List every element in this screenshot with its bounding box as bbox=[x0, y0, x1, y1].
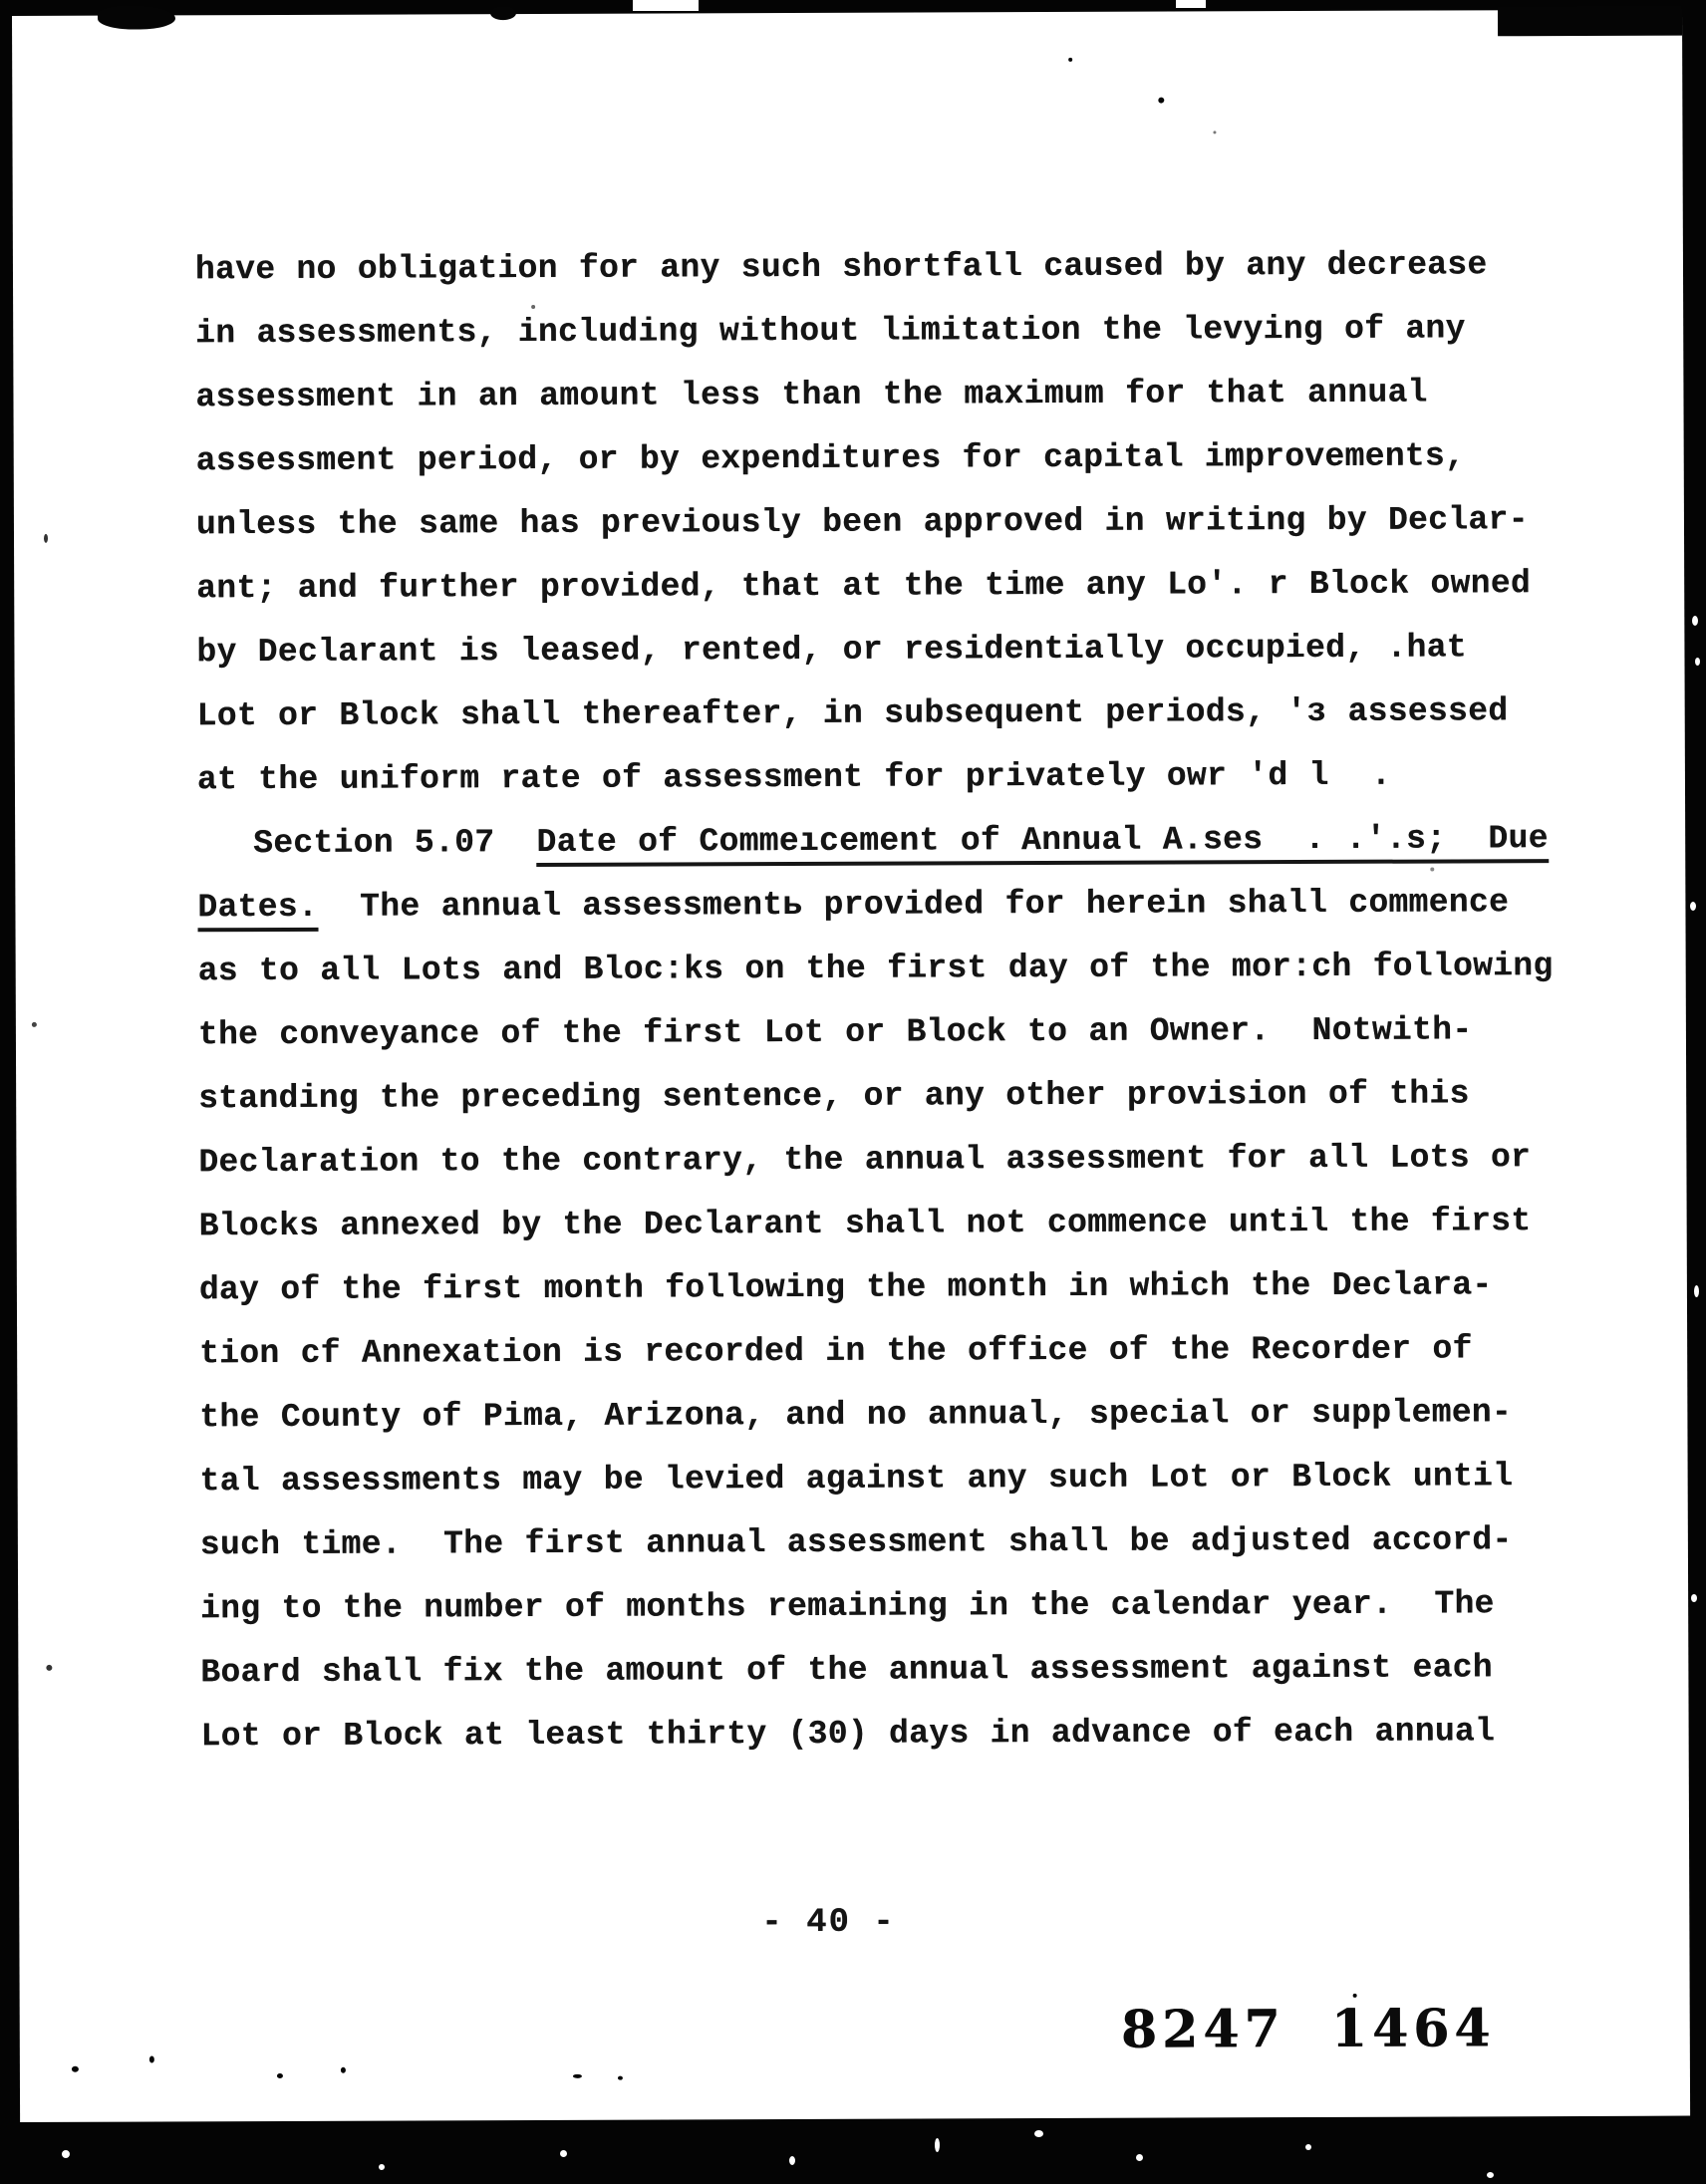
text-line: Board shall fix the amount of the annual… bbox=[200, 1636, 1615, 1705]
scan-speck-white bbox=[1691, 1594, 1697, 1602]
text-segment: assessment period, or by expenditures fo… bbox=[196, 437, 1466, 479]
scan-notch bbox=[633, 0, 699, 11]
scan-speck bbox=[44, 534, 48, 543]
text-line: such time. The first annual assessment s… bbox=[200, 1508, 1615, 1577]
scan-speck-white bbox=[560, 2150, 567, 2157]
text-segment: by Declarant is leased, rented, or resid… bbox=[196, 629, 1467, 671]
text-segment: ing to the number of months remaining in… bbox=[200, 1585, 1495, 1627]
scan-speck bbox=[1158, 98, 1164, 104]
text-segment: at the uniform rate of assessment for pr… bbox=[197, 757, 1391, 799]
scan-speck-white bbox=[379, 2164, 385, 2170]
scan-speck-white bbox=[1692, 616, 1698, 626]
text-line: tal assessments may be levied against an… bbox=[200, 1445, 1615, 1513]
text-segment: The annual assessmentь provided for here… bbox=[318, 884, 1509, 926]
text-segment: unless the same has previously been appr… bbox=[196, 501, 1529, 543]
scan-speck bbox=[618, 2076, 623, 2080]
scan-speck-white bbox=[789, 2156, 795, 2165]
text-line: Blocks annexed by the Declarant shall no… bbox=[199, 1190, 1614, 1258]
scan-speck bbox=[1430, 868, 1434, 872]
text-segment: such time. The first annual assessment s… bbox=[200, 1521, 1513, 1563]
text-segment: ant; and further provided, that at the t… bbox=[196, 565, 1531, 607]
document-text: have no obligation for any such shortfal… bbox=[195, 233, 1616, 1769]
text-segment: Board shall fix the amount of the annual… bbox=[200, 1649, 1493, 1691]
scan-speck bbox=[573, 2074, 582, 2078]
scanned-document: have no obligation for any such shortfal… bbox=[0, 0, 1706, 2184]
scan-notch bbox=[1176, 0, 1206, 8]
scan-speck bbox=[149, 2055, 154, 2062]
text-segment: tion cf Annexation is recorded in the of… bbox=[199, 1330, 1473, 1372]
underlined-text: Date of Commeıcement of Annual A.ses . .… bbox=[537, 820, 1549, 867]
text-segment: Section 5.07 bbox=[253, 824, 537, 862]
text-segment: the County of Pima, Arizona, and no annu… bbox=[199, 1394, 1512, 1436]
text-segment: Lot or Block shall thereafter, in subseq… bbox=[197, 692, 1509, 734]
text-line: assessment in an amount less than the ma… bbox=[195, 361, 1610, 429]
scan-speck-white bbox=[1305, 2144, 1311, 2150]
text-line: Lot or Block shall thereafter, in subseq… bbox=[197, 680, 1612, 748]
scan-speck-white bbox=[935, 2138, 940, 2152]
scan-speck bbox=[46, 1665, 52, 1671]
scan-speck bbox=[1213, 131, 1216, 134]
text-segment: in assessments, including without limita… bbox=[195, 310, 1466, 352]
scan-speck-white bbox=[1690, 902, 1696, 911]
scan-speck bbox=[72, 2066, 79, 2072]
text-segment: day of the first month following the mon… bbox=[199, 1266, 1493, 1308]
text-segment: Blocks annexed by the Declarant shall no… bbox=[199, 1203, 1532, 1244]
page-number: - 40 - bbox=[761, 1904, 896, 1943]
text-line: day of the first month following the mon… bbox=[199, 1253, 1614, 1322]
text-line: by Declarant is leased, rented, or resid… bbox=[196, 616, 1611, 684]
scan-speck bbox=[32, 1022, 37, 1027]
text-segment: assessment in an amount less than the ma… bbox=[195, 375, 1427, 416]
text-segment: have no obligation for any such shortfal… bbox=[195, 246, 1488, 288]
scan-speck-white bbox=[62, 2150, 70, 2158]
text-line: at the uniform rate of assessment for pr… bbox=[197, 743, 1612, 812]
scan-speck bbox=[531, 305, 535, 309]
scan-smudge bbox=[1498, 6, 1682, 37]
text-line: tion cf Annexation is recorded in the of… bbox=[199, 1317, 1614, 1386]
text-line: ing to the number of months remaining in… bbox=[200, 1572, 1615, 1641]
document-page: have no obligation for any such shortfal… bbox=[12, 10, 1690, 2122]
scan-smudge bbox=[490, 6, 516, 20]
scan-speck-white bbox=[1487, 2172, 1494, 2178]
underlined-text: Dates. bbox=[197, 889, 318, 932]
scan-speck bbox=[341, 2067, 346, 2073]
scan-smudge bbox=[98, 5, 175, 29]
scan-speck-white bbox=[1694, 1285, 1699, 1297]
scan-speck-white bbox=[1034, 2130, 1043, 2137]
text-segment: Lot or Block at least thirty (30) days i… bbox=[201, 1713, 1496, 1755]
text-line: unless the same has previously been appr… bbox=[196, 488, 1611, 557]
text-line: have no obligation for any such shortfal… bbox=[195, 233, 1610, 302]
text-line: as to all Lots and Bloc:ks on the first … bbox=[198, 935, 1613, 1003]
text-line: Declaration to the contrary, the annual … bbox=[198, 1126, 1613, 1195]
text-line: standing the preceding sentence, or any … bbox=[198, 1062, 1613, 1131]
text-segment: standing the preceding sentence, or any … bbox=[198, 1075, 1470, 1117]
text-line: Dates. The annual assessmentь provided f… bbox=[197, 871, 1612, 940]
text-line: Lot or Block at least thirty (30) days i… bbox=[201, 1700, 1616, 1769]
text-line: ant; and further provided, that at the t… bbox=[196, 552, 1611, 621]
text-line: Section 5.07 Date of Commeıcement of Ann… bbox=[197, 807, 1612, 876]
text-line: the conveyance of the first Lot or Block… bbox=[198, 998, 1613, 1067]
text-line: the County of Pima, Arizona, and no annu… bbox=[199, 1381, 1614, 1450]
text-segment: Declaration to the contrary, the annual … bbox=[198, 1139, 1531, 1181]
scan-speck bbox=[1068, 58, 1072, 62]
text-segment: the conveyance of the first Lot or Block… bbox=[198, 1011, 1473, 1053]
scan-speck bbox=[277, 2073, 283, 2078]
text-segment: tal assessments may be levied against an… bbox=[200, 1458, 1514, 1500]
text-line: assessment period, or by expenditures fo… bbox=[196, 424, 1611, 493]
scan-speck-white bbox=[1695, 658, 1700, 666]
text-segment: as to all Lots and Bloc:ks on the first … bbox=[198, 948, 1554, 989]
recorder-stamp-number: 8247 1464 bbox=[1121, 1998, 1496, 2059]
scan-speck bbox=[1353, 1994, 1357, 1998]
scan-speck-white bbox=[1136, 2154, 1143, 2161]
text-line: in assessments, including without limita… bbox=[195, 297, 1610, 366]
